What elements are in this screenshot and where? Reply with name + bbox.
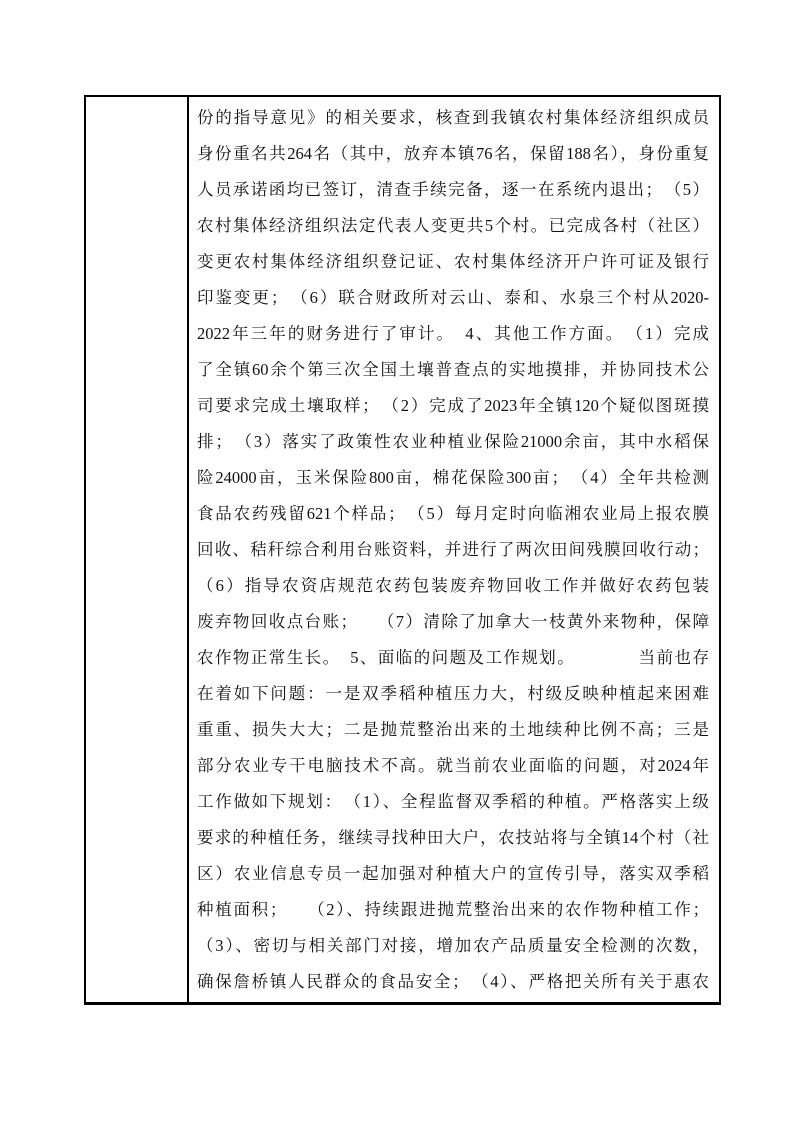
text-line: 重重、损失大大；二是抛荒整治出来的土地续种比例不高；三是 (197, 712, 709, 748)
text-line: 确保詹桥镇人民群众的食品安全； （4）、严格把关所有关于惠农 (197, 964, 709, 1000)
text-line: 工作做如下规划： （1）、全程监督双季稻的种植。严格落实上级 (197, 784, 709, 820)
text-line: 排； （3）落实了政策性农业种植业保险21000余亩，其中水稻保 (197, 424, 709, 460)
text-line: 险24000亩，玉米保险800亩，棉花保险300亩； （4）全年共检测 (197, 460, 709, 496)
table-left-label-cell (86, 97, 189, 1002)
text-line: 司要求完成土壤取样； （2）完成了2023年全镇120个疑似图斑摸 (197, 388, 709, 424)
text-line: 人员承诺函均已签订，清查手续完备，逐一在系统内退出； （5） (197, 172, 709, 208)
text-line: 2022年三年的财务进行了审计。 4、其他工作方面。 （1）完成 (197, 316, 709, 352)
text-line: 了全镇60余个第三次全国土壤普查点的实地摸排，并协同技术公 (197, 352, 709, 388)
table-content-cell: 份的指导意见》的相关要求，核查到我镇农村集体经济组织成员身份重名共264名（其中… (189, 97, 719, 1002)
text-line: 份的指导意见》的相关要求，核查到我镇农村集体经济组织成员 (197, 100, 709, 136)
text-line: （3）、密切与相关部门对接，增加农产品质量安全检测的次数， (197, 928, 709, 964)
text-line: 区）农业信息专员一起加强对种植大户的宣传引导，落实双季稻 (197, 856, 709, 892)
text-line: 印鉴变更； （6）联合财政所对云山、泰和、水泉三个村从2020- (197, 280, 709, 316)
text-line: 废弃物回收点台账； （7）清除了加拿大一枝黄外来物种，保障 (197, 604, 709, 640)
text-line: 农作物正常生长。 5、面临的问题及工作规划。 当前也存 (197, 640, 709, 676)
text-line: 回收、秸秆综合利用台账资料，并进行了两次田间残膜回收行动； (197, 532, 709, 568)
document-page: 份的指导意见》的相关要求，核查到我镇农村集体经济组织成员身份重名共264名（其中… (0, 0, 794, 1122)
report-table: 份的指导意见》的相关要求，核查到我镇农村集体经济组织成员身份重名共264名（其中… (84, 95, 721, 1005)
content-lines: 份的指导意见》的相关要求，核查到我镇农村集体经济组织成员身份重名共264名（其中… (197, 100, 709, 1000)
text-line: 要求的种植任务，继续寻找种田大户，农技站将与全镇14个村（社 (197, 820, 709, 856)
text-line: 部分农业专干电脑技术不高。就当前农业面临的问题，对2024年 (197, 748, 709, 784)
text-line: 变更农村集体经济组织登记证、农村集体经济开户许可证及银行 (197, 244, 709, 280)
text-line: 身份重名共264名（其中，放弃本镇76名，保留188名），身份重复 (197, 136, 709, 172)
text-line: （6）指导农资店规范农药包装废弃物回收工作并做好农药包装 (197, 568, 709, 604)
text-line: 在着如下问题：一是双季稻种植压力大，村级反映种植起来困难 (197, 676, 709, 712)
text-line: 种植面积； （2）、持续跟进抛荒整治出来的农作物种植工作； (197, 892, 709, 928)
text-line: 食品农药残留621个样品； （5）每月定时向临湘农业局上报农膜 (197, 496, 709, 532)
text-line: 农村集体经济组织法定代表人变更共5个村。已完成各村（社区） (197, 208, 709, 244)
